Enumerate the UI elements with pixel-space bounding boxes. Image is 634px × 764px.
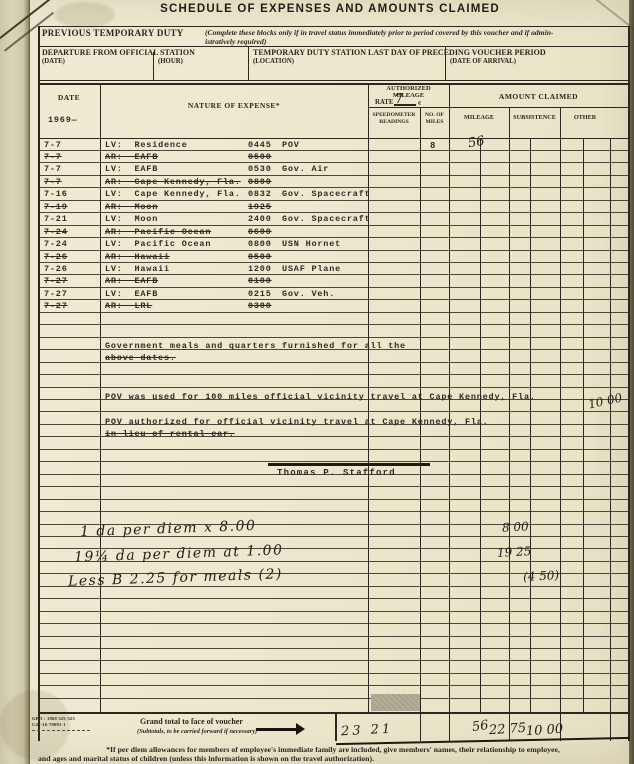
row-line	[38, 673, 628, 674]
tdy-arrival-label: (DATE OF ARRIVAL)	[450, 58, 516, 65]
table-rule	[100, 83, 101, 712]
row-line	[38, 200, 628, 201]
table-rule	[449, 712, 450, 742]
note-pov-used-amount-handwritten: 10 00	[587, 391, 624, 412]
entry-date: 7-24	[44, 239, 68, 249]
grand-total-underline	[336, 737, 630, 745]
entry-carrier: Gov. Air	[282, 164, 329, 174]
entry-time: 0600	[248, 227, 272, 237]
row-line	[38, 387, 628, 388]
note-meals-line1: Government meals and quarters furnished …	[105, 341, 406, 351]
entry-description: LV: Residence	[105, 140, 188, 150]
row-line	[38, 312, 628, 313]
entry-date: 7-7	[44, 164, 62, 174]
entry-time: 0800	[248, 177, 272, 187]
entry-description: AR: EAFB	[105, 276, 158, 286]
entry-date: 7-27	[44, 301, 68, 311]
grand-total-subsistence: 22 75	[489, 721, 527, 739]
table-rule	[38, 712, 628, 714]
table-rule	[368, 107, 628, 108]
table-rule	[445, 46, 446, 80]
col-header-miles-2: MILES	[420, 119, 449, 125]
entry-date: 7-7	[44, 152, 62, 162]
handwritten-amount: 8 00	[502, 519, 529, 534]
entry-date: 7-26	[44, 252, 68, 262]
row-line	[38, 374, 628, 375]
entry-date: 7-21	[44, 214, 68, 224]
row-line	[38, 648, 628, 649]
note-meals-line2: above dates.	[105, 353, 176, 363]
table-rule	[38, 26, 628, 28]
row-line	[38, 212, 628, 213]
table-rule	[335, 712, 337, 742]
row-line	[38, 162, 628, 163]
col-header-speedometer-2: READINGS	[368, 119, 420, 125]
entry-carrier: Gov. Spacecraft	[282, 189, 371, 199]
entry-time: 0832	[248, 189, 272, 199]
row-line	[38, 299, 628, 300]
entry-description: AR: Cape Kennedy, Fla.	[105, 177, 241, 187]
entry-date: 7-16	[44, 189, 68, 199]
col-header-other: OTHER	[560, 114, 610, 121]
row-line	[38, 511, 628, 512]
first-row-miles: 8	[430, 141, 436, 151]
entry-time: 0300	[248, 301, 272, 311]
row-line	[38, 187, 628, 188]
note-pov-auth-line1: POV authorized for official vicinity tra…	[105, 417, 489, 427]
gpo-print-line1: GPO : 1968 325-325	[32, 716, 75, 721]
entry-description: AR: Pacific Ocean	[105, 227, 211, 237]
tdy-title: TEMPORARY DUTY STATION LAST DAY OF PRECE…	[253, 48, 623, 57]
rate-label: RATE	[375, 99, 393, 106]
entry-description: LV: EAFB	[105, 164, 158, 174]
arrow-head-icon	[296, 723, 305, 735]
entry-description: AR: Hawaii	[105, 252, 170, 262]
table-rule	[38, 83, 628, 85]
signature-line	[268, 463, 430, 466]
row-line	[38, 250, 628, 251]
row-line	[38, 623, 628, 624]
row-line	[38, 225, 628, 226]
row-line	[38, 411, 628, 412]
entry-time: 0800	[248, 239, 272, 249]
entry-date: 7-26	[44, 264, 68, 274]
entry-time: 1200	[248, 264, 272, 274]
col-header-miles-1: NO. OF	[420, 112, 449, 118]
grand-total-sublabel: (Subtotals, to be carried forward if nec…	[137, 728, 257, 735]
table-rule	[420, 107, 421, 712]
entry-description: LV: Cape Kennedy, Fla.	[105, 189, 241, 199]
entry-description: AR: Moon	[105, 202, 158, 212]
auth-mileage-line1: AUTHORIZED	[368, 85, 449, 92]
col-header-subsistence: SUBSISTENCE	[509, 114, 560, 121]
entry-description: LV: Moon	[105, 214, 158, 224]
entry-date: 7-24	[44, 227, 68, 237]
table-rule	[509, 107, 510, 712]
col-header-speedometer-1: SPEEDOMETER	[368, 112, 420, 118]
table-rule	[153, 52, 154, 80]
row-line	[38, 287, 628, 288]
entry-date: 7-27	[44, 289, 68, 299]
entry-description: LV: Hawaii	[105, 264, 170, 274]
row-line	[38, 598, 628, 599]
row-line	[38, 175, 628, 176]
table-rule	[610, 138, 611, 712]
entry-time: 0100	[248, 276, 272, 286]
entry-time: 0445	[248, 140, 272, 150]
entry-time: 2400	[248, 214, 272, 224]
col-header-nature: NATURE OF EXPENSE*	[100, 101, 368, 110]
table-rule	[38, 46, 628, 48]
row-line	[38, 611, 628, 612]
departure-hour-label: (HOUR)	[158, 58, 183, 65]
row-line	[38, 499, 628, 500]
departure-title: DEPARTURE FROM OFFICIAL STATION	[42, 48, 195, 57]
grand-total-other: 10 00	[526, 722, 564, 740]
table-rule	[628, 26, 630, 742]
grand-total-mileage: 56	[471, 718, 489, 735]
row-line	[38, 150, 628, 151]
form-title: SCHEDULE OF EXPENSES AND AMOUNTS CLAIMED	[60, 3, 600, 15]
entry-time: 1925	[248, 202, 272, 212]
voucher-page: SCHEDULE OF EXPENSES AND AMOUNTS CLAIMED…	[0, 0, 634, 764]
col-header-date: DATE	[38, 93, 100, 102]
row-line	[38, 685, 628, 686]
entry-date: 7-7	[44, 140, 62, 150]
table-rule	[583, 138, 584, 712]
row-line	[38, 262, 628, 263]
col-header-year: 1969—	[48, 115, 78, 125]
rate-underline	[394, 104, 416, 106]
row-line	[38, 698, 628, 699]
entry-carrier: Gov. Veh.	[282, 289, 335, 299]
handwritten-line: 19¼ da per diem at 1.00	[74, 542, 284, 565]
grand-total-value: 23 21	[341, 722, 394, 740]
entry-description: LV: EAFB	[105, 289, 158, 299]
row-line	[38, 337, 628, 338]
tdy-location-label: (LOCATION)	[253, 58, 294, 65]
handwritten-amount: 19 25	[497, 544, 532, 560]
page-binding-edge	[0, 0, 30, 764]
entry-time: 0500	[248, 152, 272, 162]
entry-description: LV: Pacific Ocean	[105, 239, 211, 249]
table-rule	[560, 107, 561, 712]
entry-time: 0530	[248, 164, 272, 174]
row-line	[38, 636, 628, 637]
entry-date: 7-19	[44, 202, 68, 212]
row-line	[38, 449, 628, 450]
row-line	[38, 486, 628, 487]
footnote-line1: *If per diem allowances for members of e…	[38, 745, 628, 754]
first-row-mileage-handwritten: 56	[467, 134, 486, 152]
table-rule	[38, 80, 628, 82]
gpo-print-line2: C48-16-79081-1	[32, 722, 66, 727]
entry-description: AR: EAFB	[105, 152, 158, 162]
shaded-cell	[371, 694, 420, 711]
entry-time: 0500	[248, 252, 272, 262]
note-pov-auth-line2: in lieu of rental car.	[105, 429, 235, 439]
grand-total-label: Grand total to face of voucher	[140, 717, 243, 726]
entry-time: 0215	[248, 289, 272, 299]
entry-date: 7-7	[44, 177, 62, 187]
note-pov-used: POV was used for 100 miles official vici…	[105, 392, 536, 402]
handwritten-amount: (4 50)	[523, 568, 560, 584]
table-rule	[420, 712, 421, 742]
entry-carrier: POV	[282, 140, 300, 150]
entry-carrier: USN Hornet	[282, 239, 341, 249]
entry-date: 7-27	[44, 276, 68, 286]
table-rule	[38, 26, 40, 742]
rate-unit: ¢	[418, 100, 421, 107]
signature-name: Thomas P. Stafford	[277, 468, 396, 478]
departure-date-label: (DATE)	[42, 58, 65, 65]
print-dashes	[32, 730, 92, 731]
arrow-shaft	[256, 728, 298, 731]
entry-carrier: USAF Plane	[282, 264, 341, 274]
previous-duty-instructions-line1: (Complete these blocks only if in travel…	[205, 28, 625, 37]
footnote-line2: and ages and marital status of children …	[38, 754, 374, 763]
row-line	[38, 274, 628, 275]
auth-mileage-line2: MILEAGE	[368, 92, 449, 99]
table-rule	[530, 138, 531, 712]
table-rule	[248, 46, 249, 80]
previous-duty-label: PREVIOUS TEMPORARY DUTY	[42, 28, 184, 38]
col-header-amount-claimed: AMOUNT CLAIMED	[449, 92, 628, 101]
row-line	[38, 237, 628, 238]
col-header-mileage: MILEAGE	[449, 114, 509, 121]
row-line	[38, 324, 628, 325]
row-line	[38, 660, 628, 661]
entry-carrier: Gov. Spacecraft	[282, 214, 371, 224]
entry-description: AR: LRL	[105, 301, 152, 311]
